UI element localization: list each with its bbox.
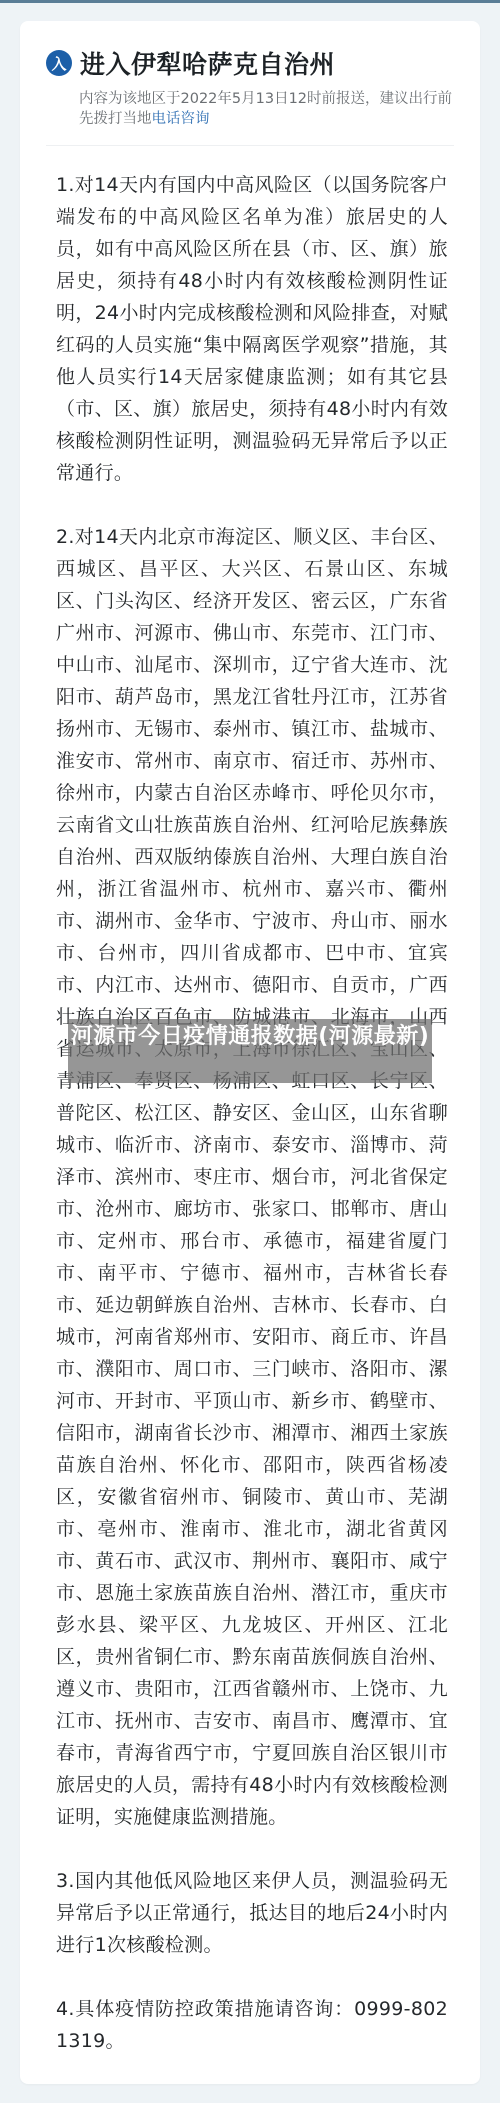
phone-consult-link[interactable]: 电话咨询 [152, 111, 210, 127]
policy-paragraph-3: 3.国内其他低风险地区来伊人员，测温验码无异常后予以正常通行，抵达目的地后24小… [56, 1865, 448, 1961]
top-border [0, 0, 500, 3]
enter-icon: 入 [46, 50, 72, 76]
watermark-caption: 河源市今日疫情通报数据(河源最新) [68, 1019, 432, 1083]
policy-paragraph-2: 2.对14天内北京市海淀区、顺义区、丰台区、西城区、昌平区、大兴区、石景山区、东… [56, 521, 448, 1833]
header-divider [46, 145, 454, 146]
report-notice: 内容为该地区于2022年5月13日12时前报送，建议出行前先拨打当地电话咨询 [79, 89, 459, 129]
page-title: 进入伊犁哈萨克自治州 [80, 45, 335, 81]
card-header: 入 进入伊犁哈萨克自治州 内容为该地区于2022年5月13日12时前报送，建议出… [46, 43, 466, 129]
policy-paragraph-4: 4.具体疫情防控政策措施请咨询：0999-8021319。 [56, 1993, 448, 2057]
policy-paragraph-1: 1.对14天内有国内中高风险区（以国务院客户端发布的中高风险区名单为准）旅居史的… [56, 169, 448, 489]
report-notice-text: 内容为该地区于2022年5月13日12时前报送，建议出行前先拨打当地 [79, 91, 452, 127]
title-row: 入 进入伊犁哈萨克自治州 [46, 43, 466, 83]
policy-content: 1.对14天内有国内中高风险区（以国务院客户端发布的中高风险区名单为准）旅居史的… [56, 169, 448, 2089]
